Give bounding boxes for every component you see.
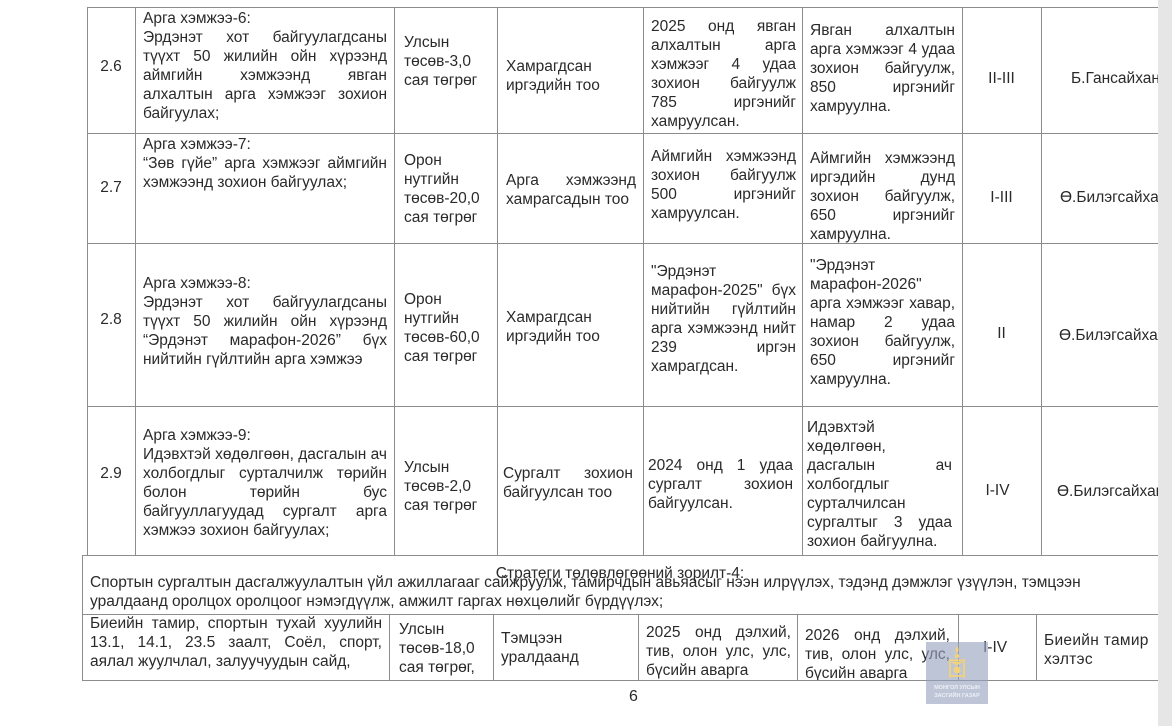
baseline-cell: Аймгийн хэмжээнд зохион байгуулж 500 ирг… [651,147,796,223]
activity-cell: Арга хэмжээ-8: Эрдэнэт хот байгуулагдсан… [143,274,387,369]
stamp-line-2: ЗАСГИЙН ГАЗАР [926,693,988,700]
indicator-cell: Хамрагдсан иргэдийн тоо [506,57,636,95]
indicator-cell: Хамрагдсан иргэдийн тоо [506,308,636,346]
indicator-cell: Тэмцээн уралдаанд [501,629,631,667]
activity-text: Идэвхтэй хөдөлгөөн, дасгалын ач холбогдл… [143,445,387,540]
target-cell: Идэвхтэй хөдөлгөөн, дасгалын ач холбогдл… [807,418,952,551]
activity-text: “Зөв гүйе” арга хэмжээг аймгийн хэмжээнд… [143,154,387,192]
government-stamp: МОНГОЛ УЛСЫН ЗАСГИЙН ГАЗАР [926,642,988,704]
activity-cell: Биеийн тамир, спортын тухай хуулийн 13.1… [90,614,382,680]
responsible-cell: Биеийн тамир хэлтэс [1044,631,1158,671]
activity-cell: Арга хэмжээ-6: Эрдэнэт хот байгуулагдсан… [143,9,387,123]
indicator-cell: Арга хэмжээнд хамрагсадын тоо [506,171,636,209]
activity-cell: Арга хэмжээ-9: Идэвхтэй хөдөлгөөн, дасга… [143,426,387,540]
baseline-cell: "Эрдэнэт марафон-2025" бүх нийтийн гүйлт… [651,262,796,376]
row-number: 2.8 [87,310,135,329]
responsible-cell: Ө.Билэгсайхан [1059,326,1158,345]
responsible-cell: Б.Гансайхан [1071,69,1158,88]
row-number: 2.6 [87,57,135,76]
row-number: 2.7 [87,178,135,197]
goal-text: Спортын сургалтын дасгалжуулалтын үйл аж… [90,573,1158,611]
activity-title: Арга хэмжээ-8: [143,274,387,293]
responsible-cell: Ө.Билэгсайхан [1060,188,1158,207]
row-number: 2.9 [87,464,135,483]
goal-line-1: Спортын сургалтын дасгалжуулалтын үйл аж… [90,573,1158,592]
funding-cell: Орон нутгийн төсөв-20,0 сая төгрөг [404,151,492,227]
activity-text: Эрдэнэт хот байгуулагдсаны түүхт 50 жили… [143,293,387,369]
action-plan-table: 2.6 Арга хэмжээ-6: Эрдэнэт хот байгуулаг… [0,0,1172,726]
funding-cell: Улсын төсөв-3,0 сая төгрөг [404,33,492,90]
quarter-cell: II [962,324,1041,343]
target-cell: Аймгийн хэмжээнд иргэдийн дунд зохион ба… [810,149,955,244]
baseline-cell: 2025 онд дэлхий, тив, олон улс, улс, бүс… [646,623,791,680]
quarter-cell: I-IV [983,638,1033,657]
funding-cell: Орон нутгийн төсөв-60,0 сая төгрөг [404,290,492,366]
quarter-cell: I-III [962,188,1041,207]
activity-text: Эрдэнэт хот байгуулагдсаны түүхт 50 жили… [143,28,387,123]
activity-title: Арга хэмжээ-6: [143,9,387,28]
activity-title: Арга хэмжээ-9: [143,426,387,445]
quarter-cell: II-III [962,69,1041,88]
activity-title: Арга хэмжээ-7: [143,135,387,154]
goal-line-2: уралдаанд оролцох оролцоог нэмэгдүүлж, а… [90,592,1158,611]
target-cell: Явган алхалтын арга хэмжээг 4 удаа зохио… [810,21,955,116]
soyombo-emblem-icon [948,646,966,682]
funding-cell: Улсын төсөв-2,0 сая төгрөг [404,458,492,515]
target-cell: "Эрдэнэт марафон-2026" арга хэмжээг хава… [810,256,955,389]
baseline-cell: 2025 онд явган алхалтын арга хэмжээг 4 у… [651,17,796,131]
quarter-cell: I-IV [958,481,1037,500]
responsible-cell: Ө.Билэгсайхан [1057,482,1158,501]
activity-cell: Арга хэмжээ-7: “Зөв гүйе” арга хэмжээг а… [143,135,387,192]
funding-cell: Улсын төсөв-18,0 сая төгрөг, [399,620,487,677]
indicator-cell: Сургалт зохион байгуулсан тоо [503,464,633,502]
baseline-cell: 2024 онд 1 удаа сургалт зохион байгуулса… [648,456,793,513]
page-number: 6 [629,688,638,706]
stamp-line-1: МОНГОЛ УЛСЫН [926,685,988,692]
